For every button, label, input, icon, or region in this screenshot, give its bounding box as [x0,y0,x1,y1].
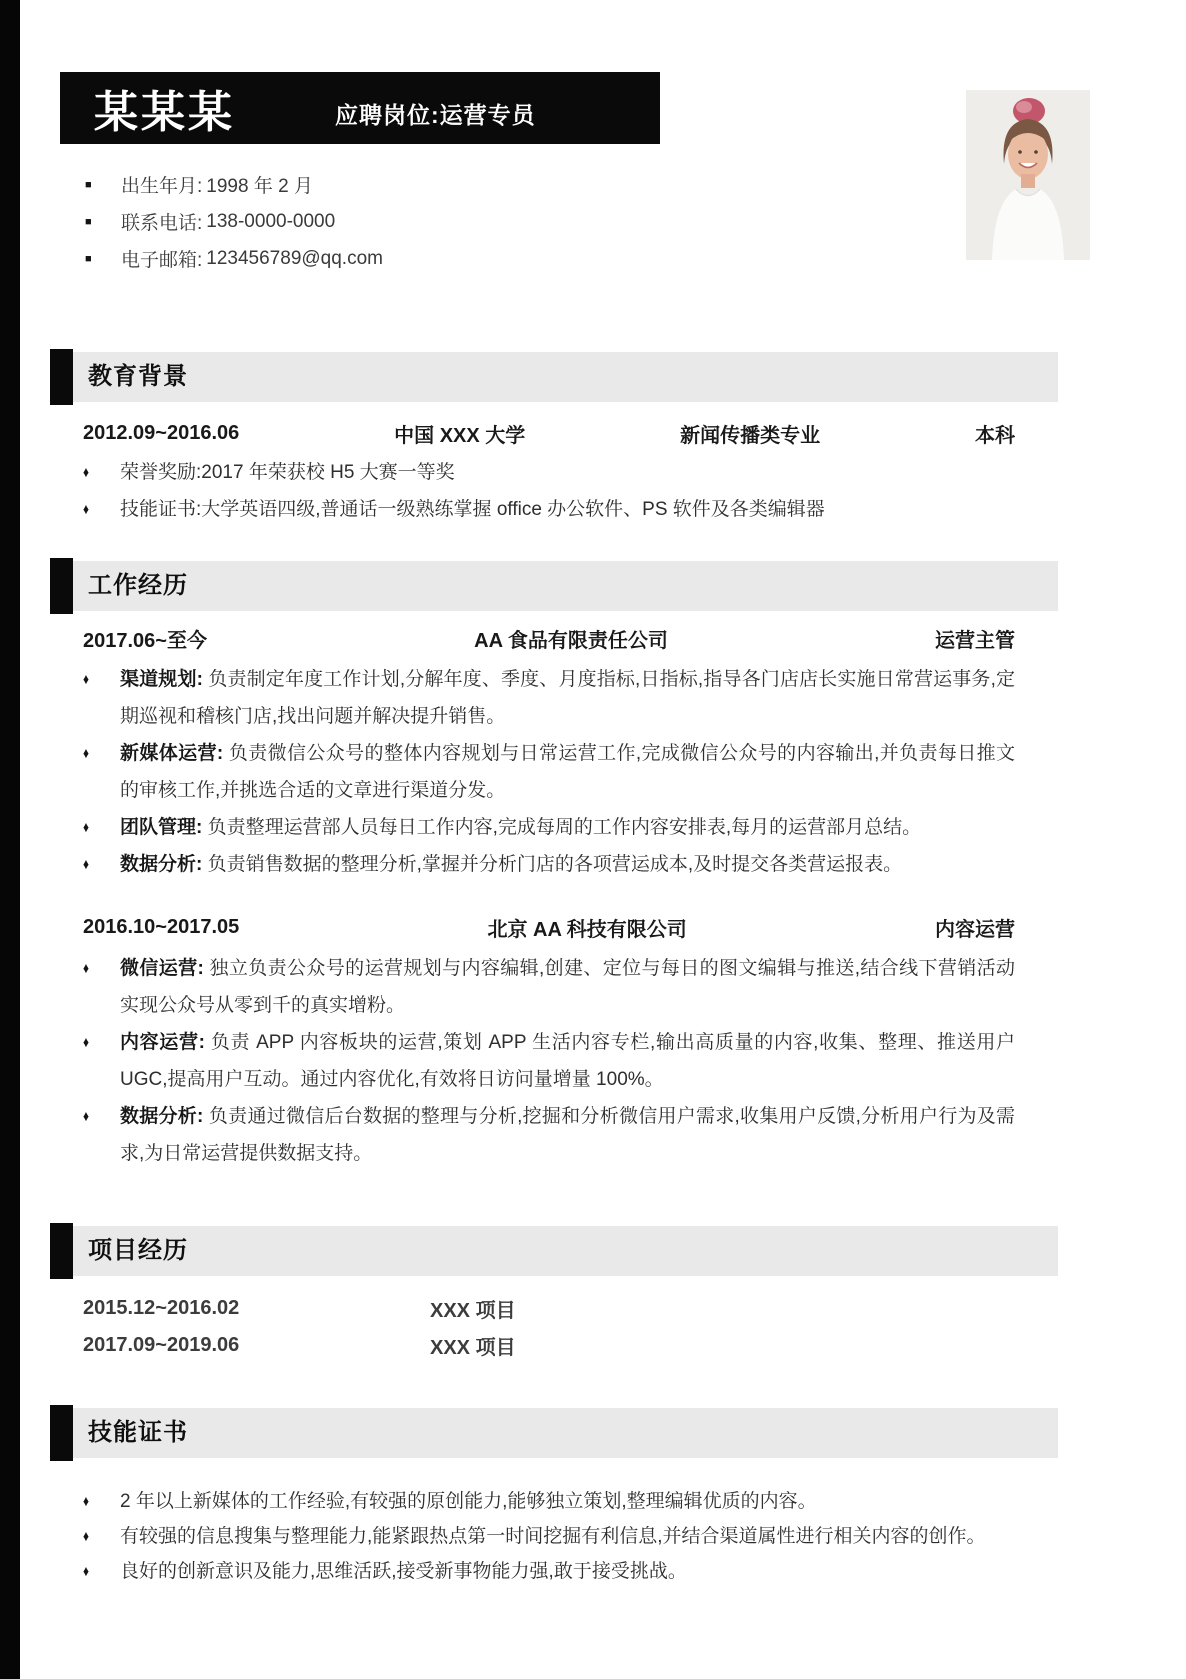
job-bullet-body: 独立负责公众号的运营规划与内容编辑,创建、定位与每日的图文编辑与推送,结合线下营… [120,958,1015,1016]
skill-bullet-text: 有较强的信息搜集与整理能力,能紧跟热点第一时间挖掘有利信息,并结合渠道属性进行相… [120,1519,986,1554]
section-header: 项目经历 [50,1226,1058,1276]
education-school: 中国 XXX 大学 [394,419,525,448]
skill-bullet-text: 良好的创新意识及能力,思维活跃,接受新事物能力强,敢于接受挑战。 [120,1554,687,1589]
section-education: 教育背景 2012.09~2016.06 中国 XXX 大学 新闻传播类专业 本… [50,352,1058,528]
name-banner: 某某某 应聘岗位:运营专员 [60,72,660,144]
job-bullet-text: 内容运营: 负责 APP 内容板块的运营,策划 APP 生活内容专栏,输出高质量… [120,1024,1015,1098]
diamond-bullet-icon: ♦ [83,1024,112,1098]
list-item: ♦ 内容运营: 负责 APP 内容板块的运营,策划 APP 生活内容专栏,输出高… [83,1024,1015,1098]
job-role: 运营主管 [935,624,1015,653]
job-entry-row: 2016.10~2017.05 北京 AA 科技有限公司 内容运营 [83,912,1015,942]
job-bullet-text: 渠道规划: 负责制定年度工作计划,分解年度、季度、月度指标,日指标,指导各门店店… [120,661,1015,735]
section-projects: 项目经历 2015.12~2016.02 XXX 项目 2017.09~2019… [50,1226,1058,1364]
list-item: ♦ 数据分析: 负责销售数据的整理分析,掌握并分析门店的各项营运成本,及时提交各… [83,846,1015,883]
list-item: ♦ 渠道规划: 负责制定年度工作计划,分解年度、季度、月度指标,日指标,指导各门… [83,661,1015,735]
job-date: 2016.10~2017.05 [83,916,239,939]
education-major: 新闻传播类专业 [680,419,820,448]
diamond-bullet-icon: ♦ [83,1098,112,1172]
list-item: ♦ 有较强的信息搜集与整理能力,能紧跟热点第一时间挖掘有利信息,并结合渠道属性进… [83,1519,1015,1554]
profile-photo [966,90,1090,260]
job-bullet-body: 负责微信公众号的整体内容规划与日常运营工作,完成微信公众号的内容输出,并负责每日… [120,743,1015,801]
project-row: 2015.12~2016.02 XXX 项目 [83,1290,1015,1327]
project-date: 2017.09~2019.06 [83,1334,430,1357]
square-bullet-icon: ■ [85,216,121,228]
list-item: ♦ 荣誉奖励:2017 年荣获校 H5 大赛一等奖 [83,454,1015,491]
diamond-bullet-icon: ♦ [83,1554,112,1589]
education-date: 2012.09~2016.06 [83,422,239,445]
section-header: 工作经历 [50,561,1058,611]
section-header-accent-block [50,349,73,405]
education-degree: 本科 [975,419,1015,448]
section-header: 技能证书 [50,1408,1058,1458]
education-entry-row: 2012.09~2016.06 中国 XXX 大学 新闻传播类专业 本科 [83,418,1015,448]
phone-label: 联系电话: [121,208,202,235]
phone-value: 138-0000-0000 [206,211,335,233]
list-item: ♦ 技能证书:大学英语四级,普通话一级熟练掌握 office 办公软件、PS 软… [83,491,1015,528]
job-date: 2017.06~至今 [83,624,207,653]
section-title: 教育背景 [88,352,188,402]
job-bullet-lead: 数据分析: [120,854,202,875]
diamond-bullet-icon: ♦ [83,735,112,809]
job-bullet-text: 团队管理: 负责整理运营部人员每日工作内容,完成每周的工作内容安排表,每月的运营… [120,809,921,846]
list-item: ♦ 微信运营: 独立负责公众号的运营规划与内容编辑,创建、定位与每日的图文编辑与… [83,950,1015,1024]
job-bullet-body: 负责整理运营部人员每日工作内容,完成每周的工作内容安排表,每月的运营部月总结。 [208,817,922,838]
education-bullet-text: 技能证书:大学英语四级,普通话一级熟练掌握 office 办公软件、PS 软件及… [120,491,825,528]
diamond-bullet-icon: ♦ [83,1484,112,1519]
list-item: ♦ 新媒体运营: 负责微信公众号的整体内容规划与日常运营工作,完成微信公众号的内… [83,735,1015,809]
list-item: ♦ 良好的创新意识及能力,思维活跃,接受新事物能力强,敢于接受挑战。 [83,1554,1015,1589]
applicant-name: 某某某 [94,76,235,140]
section-header-accent-block [50,558,73,614]
diamond-bullet-icon: ♦ [83,950,112,1024]
square-bullet-icon: ■ [85,179,121,191]
skill-bullet-text: 2 年以上新媒体的工作经验,有较强的原创能力,能够独立策划,整理编辑优质的内容。 [120,1484,817,1519]
project-name: XXX 项目 [430,1331,516,1360]
profile-photo-illustration [966,90,1090,260]
job-bullet-body: 负责通过微信后台数据的整理与分析,挖掘和分析微信用户需求,收集用户反馈,分析用户… [120,1106,1015,1164]
job-company: 北京 AA 科技有限公司 [488,913,687,942]
list-item: ♦ 团队管理: 负责整理运营部人员每日工作内容,完成每周的工作内容安排表,每月的… [83,809,1015,846]
project-row: 2017.09~2019.06 XXX 项目 [83,1327,1015,1364]
project-date: 2015.12~2016.02 [83,1297,430,1320]
job-bullet-lead: 渠道规划: [120,669,203,690]
section-header: 教育背景 [50,352,1058,402]
list-item: ♦ 2 年以上新媒体的工作经验,有较强的原创能力,能够独立策划,整理编辑优质的内… [83,1484,1015,1519]
job-role: 内容运营 [935,913,1015,942]
email-label: 电子邮箱: [121,245,202,272]
job-bullet-body: 负责制定年度工作计划,分解年度、季度、月度指标,日指标,指导各门店店长实施日常营… [120,669,1015,727]
section-title: 工作经历 [88,561,188,611]
section-header-accent-block [50,1223,73,1279]
project-name: XXX 项目 [430,1294,516,1323]
job-bullet-lead: 团队管理: [120,817,202,838]
birth-value: 1998 年 2 月 [206,171,313,198]
section-title: 技能证书 [88,1408,188,1458]
job-entry-row: 2017.06~至今 AA 食品有限责任公司 运营主管 [83,623,1015,653]
diamond-bullet-icon: ♦ [83,661,112,735]
square-bullet-icon: ■ [85,253,121,265]
diamond-bullet-icon: ♦ [83,846,112,883]
job-bullet-lead: 内容运营: [120,1032,205,1053]
diamond-bullet-icon: ♦ [83,809,112,846]
section-header-accent-block [50,1405,73,1461]
job-bullet-text: 微信运营: 独立负责公众号的运营规划与内容编辑,创建、定位与每日的图文编辑与推送… [120,950,1015,1024]
job-bullet-lead: 数据分析: [120,1106,203,1127]
applied-position: 应聘岗位:运营专员 [335,97,536,130]
diamond-bullet-icon: ♦ [83,491,112,528]
job-bullet-text: 数据分析: 负责销售数据的整理分析,掌握并分析门店的各项营运成本,及时提交各类营… [120,846,902,883]
page-edge-strip [0,0,20,1679]
email-value: 123456789@qq.com [206,248,383,270]
job-bullet-text: 新媒体运营: 负责微信公众号的整体内容规划与日常运营工作,完成微信公众号的内容输… [120,735,1015,809]
diamond-bullet-icon: ♦ [83,1519,112,1554]
list-item: ♦ 数据分析: 负责通过微信后台数据的整理与分析,挖掘和分析微信用户需求,收集用… [83,1098,1015,1172]
job-bullet-lead: 新媒体运营: [120,743,223,764]
birth-label: 出生年月: [121,171,202,198]
job-company: AA 食品有限责任公司 [474,624,668,653]
section-title: 项目经历 [88,1226,188,1276]
job-bullet-body: 负责 APP 内容板块的运营,策划 APP 生活内容专栏,输出高质量的内容,收集… [120,1032,1015,1090]
education-bullet-text: 荣誉奖励:2017 年荣获校 H5 大赛一等奖 [120,454,455,491]
job-bullet-body: 负责销售数据的整理分析,掌握并分析门店的各项营运成本,及时提交各类营运报表。 [208,854,903,875]
job-bullet-text: 数据分析: 负责通过微信后台数据的整理与分析,挖掘和分析微信用户需求,收集用户反… [120,1098,1015,1172]
section-work-experience: 工作经历 2017.06~至今 AA 食品有限责任公司 运营主管 ♦ 渠道规划:… [50,561,1058,1172]
job-bullet-lead: 微信运营: [120,958,204,979]
diamond-bullet-icon: ♦ [83,454,112,491]
section-skills: 技能证书 ♦ 2 年以上新媒体的工作经验,有较强的原创能力,能够独立策划,整理编… [50,1408,1058,1589]
